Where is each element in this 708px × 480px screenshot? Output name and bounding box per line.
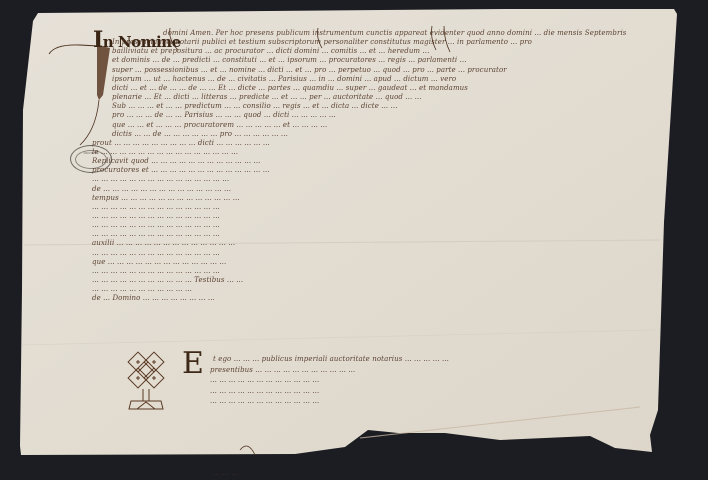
manuscript-line: de ... Domino ... ... ... ... ... ... ..… (92, 294, 660, 303)
manuscript-line: auxilii ... ... ... ... ... ... ... ... … (92, 239, 660, 248)
manuscript-line: super ... possessionibus ... et ... nomi… (112, 66, 660, 75)
manuscript-line: ... ... ... ... ... ... ... ... ... ... … (92, 212, 660, 221)
notary-signum-icon (117, 349, 177, 419)
manuscript-line: Replicavit quod ... ... ... ... ... ... … (92, 157, 660, 166)
manuscript-line: ... ... ... ... ... ... ... ... ... ... … (92, 267, 660, 276)
manuscript-line: ... ... ... ... ... ... ... ... ... ... … (92, 249, 660, 258)
manuscript-line: ... ... ... ... ... ... ... ... ... ... … (92, 221, 660, 230)
manuscript-line: prout ... ... ... ... ... ... ... ... ..… (92, 139, 660, 148)
manuscript-line: pro ... ... ... de ... ... Parisius ... … (112, 111, 660, 120)
manuscript-line: de ... ... ... ... ... ... ... ... ... .… (92, 185, 660, 194)
manuscript-line: ... ... ... ... ... ... ... ... ... ... … (92, 276, 660, 285)
subscription-line: t ego ... ... ... publicus imperiali auc… (213, 355, 638, 364)
manuscript-line: dicti ... et ... de ... ... de ... ... E… (112, 84, 660, 93)
subscription-initial: E (182, 346, 204, 381)
manuscript-line: ... ... ... ... ... ... ... ... ... ... … (92, 203, 660, 212)
manuscript-line: ... ... ... ... ... ... ... ... ... ... … (92, 175, 660, 184)
manuscript-line: In presencia mei notarii publici et test… (112, 38, 660, 47)
subscription-line: ... ... ... ... ... ... ... ... ... ... … (210, 376, 638, 385)
manuscript-line: ... ... ... ... ... ... ... ... ... ... … (92, 285, 660, 294)
manuscript-line: Sub ... ... ... et ... ... predictum ...… (112, 102, 660, 111)
manuscript-line: et dominis ... de ... predicti ... const… (112, 56, 660, 65)
manuscript-line: ... ... ... ... ... ... ... ... ... ... … (92, 230, 660, 239)
manuscript-line: tempus ... ... ... ... ... ... ... ... .… (92, 194, 660, 203)
manuscript-line: dictis ... ... de ... ... ... ... ... ..… (112, 130, 660, 139)
subscription-line: ... ... ... ... ... ... ... ... ... ... … (210, 387, 638, 396)
manuscript-line: plenarie ... Et ... dicti ... litteras .… (112, 93, 660, 102)
manuscript-line: domini Amen. Per hoc presens publicum in… (163, 29, 660, 38)
closing-line: ... ... ... (213, 469, 239, 478)
manuscript-line: que ... ... et ... ... ... procuratorem … (112, 121, 660, 130)
manuscript-line: ipsorum ... ut ... hactenus ... de ... c… (112, 75, 660, 84)
manuscript-line: que ... ... ... ... ... ... ... ... ... … (92, 258, 660, 267)
decorated-initial: I (93, 27, 103, 53)
manuscript-line: le ... ... ... ... ... ... ... ... ... .… (92, 148, 660, 157)
subscription-line: ... ... ... ... ... ... ... ... ... ... … (210, 397, 638, 406)
subscription-line: presentibus ... ... ... ... ... ... ... … (210, 366, 638, 375)
manuscript-line: procuratores et ... ... ... ... ... ... … (92, 166, 660, 175)
manuscript-line: bailliviatu et prepositura ... ac procur… (112, 47, 660, 56)
